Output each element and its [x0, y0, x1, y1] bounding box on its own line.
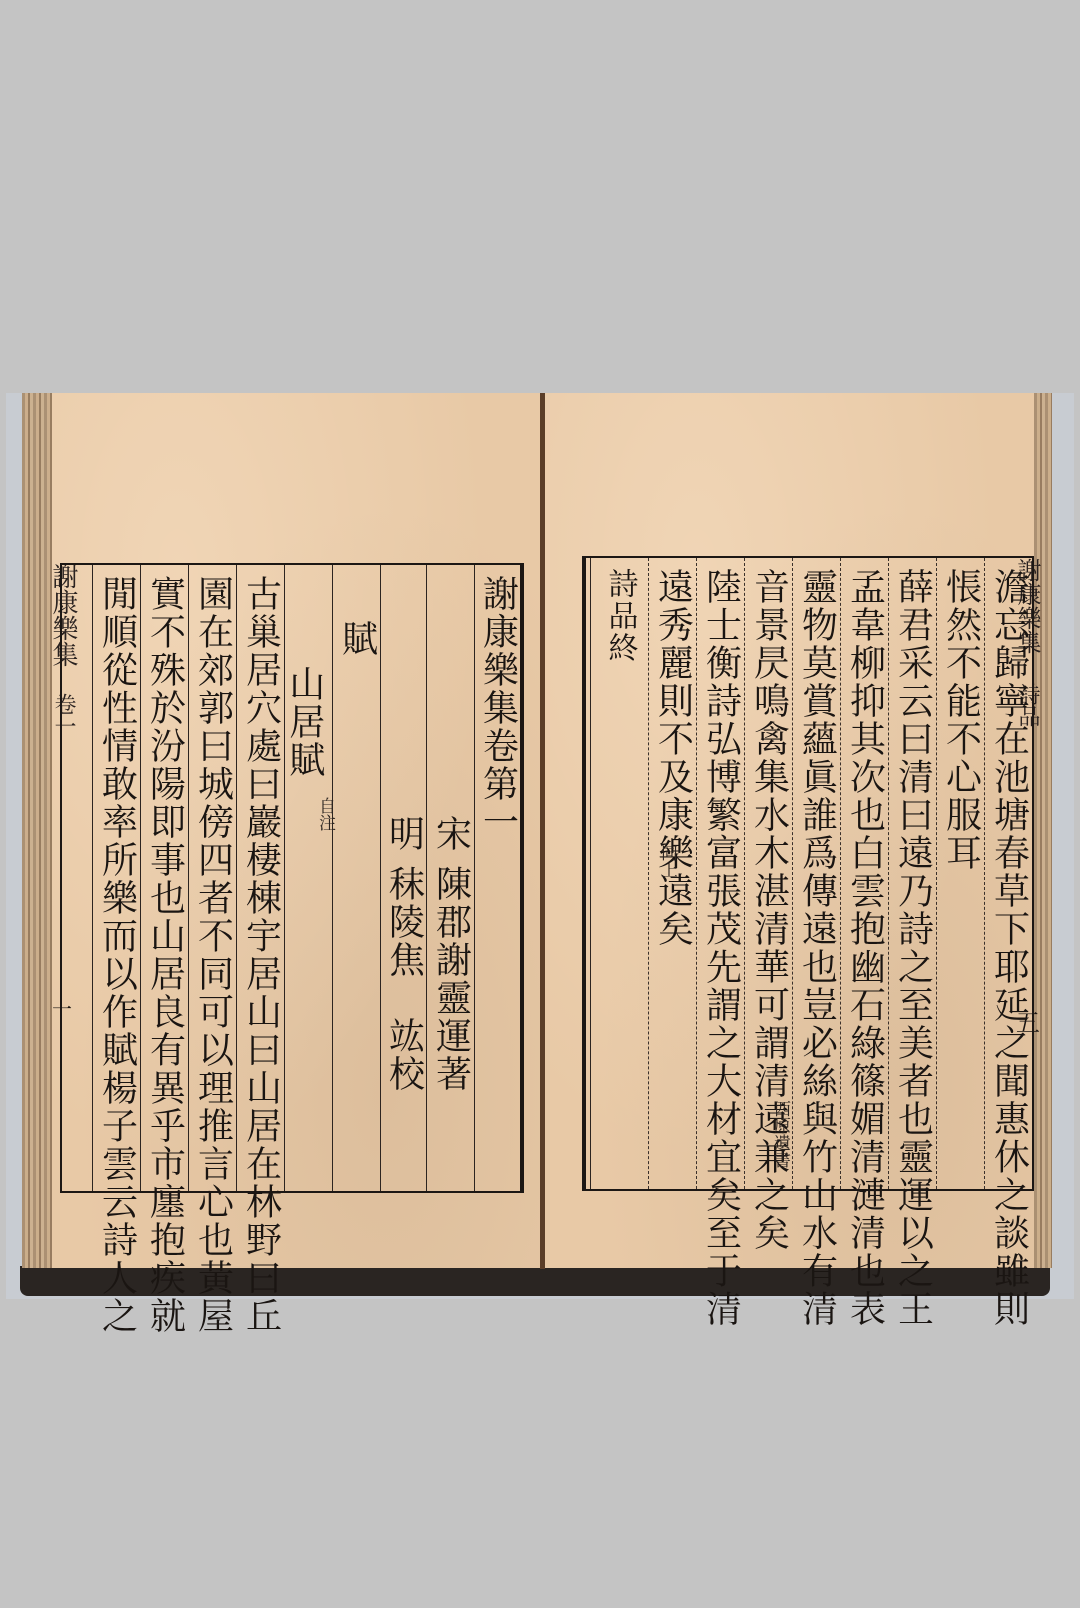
- column-body: 古巢居穴處曰巖棲棟宇居山曰山居在林野曰丘: [236, 565, 284, 1191]
- column-text: 遠秀麗則不及康樂遠矣 同上: [648, 558, 696, 1189]
- column-body: 園在郊郭曰城傍四者不同可以理推言心也黃屋: [188, 565, 236, 1191]
- column-editor: 明 秣陵焦 竑校: [380, 565, 426, 1191]
- column-author: 宋 陳郡謝靈運著: [426, 565, 474, 1191]
- text-frame: 澹忘歸寧在池塘春草下耶延之聞惠休之談雖則 悵然不能不心服耳 薛君采云曰清曰遠乃詩…: [582, 556, 1034, 1191]
- column-text: 靈物莫賞蘊眞誰爲傳遠也豈必絲與竹山水有清: [792, 558, 840, 1189]
- source-note: 同上: [657, 844, 676, 888]
- left-page: 謝康樂集 卷一 一 謝康樂集卷第一 宋 陳郡謝靈運著 明 秣陵焦 竑校 賦 山居…: [22, 393, 542, 1268]
- column-genre: 賦: [332, 565, 380, 1191]
- page-edge-stack: [1034, 393, 1052, 1268]
- column-text: 音景昃鳴禽集水木湛清華可謂清遠兼之矣 西原遺書: [744, 558, 792, 1189]
- column-text: 陸士衡詩弘博繁富張茂先謂之大材宜矣至于清: [696, 558, 744, 1189]
- right-page: 謝康樂集 詩品 五 澹忘歸寧在池塘春草下耶延之聞惠休之談雖則 悵然不能不心服耳 …: [545, 393, 1052, 1268]
- column-piece-title: 山居賦 自注: [284, 565, 332, 1191]
- column-body: 實不殊於汾陽即事也山居良有異乎市廛抱疾就: [140, 565, 188, 1191]
- column-text: 澹忘歸寧在池塘春草下耶延之聞惠休之談雖則: [984, 558, 1032, 1189]
- page-edge-stack: [22, 393, 52, 1268]
- source-note: 西原遺書: [751, 1100, 789, 1180]
- text-frame: 謝康樂集卷第一 宋 陳郡謝靈運著 明 秣陵焦 竑校 賦 山居賦 自注 古巢居穴處…: [60, 563, 524, 1193]
- column-colophon: 詩品終: [590, 558, 648, 1189]
- column-body: 閒順從性情敢率所樂而以作賦楊子雲云詩人之: [92, 565, 140, 1191]
- column-text: 悵然不能不心服耳: [936, 558, 984, 1189]
- column-text: 孟韋柳抑其次也白雲抱幽石綠篠媚清漣清也表: [840, 558, 888, 1189]
- column-text: 薛君采云曰清曰遠乃詩之至美者也靈運以之王: [888, 558, 936, 1189]
- column-title: 謝康樂集卷第一: [474, 565, 524, 1191]
